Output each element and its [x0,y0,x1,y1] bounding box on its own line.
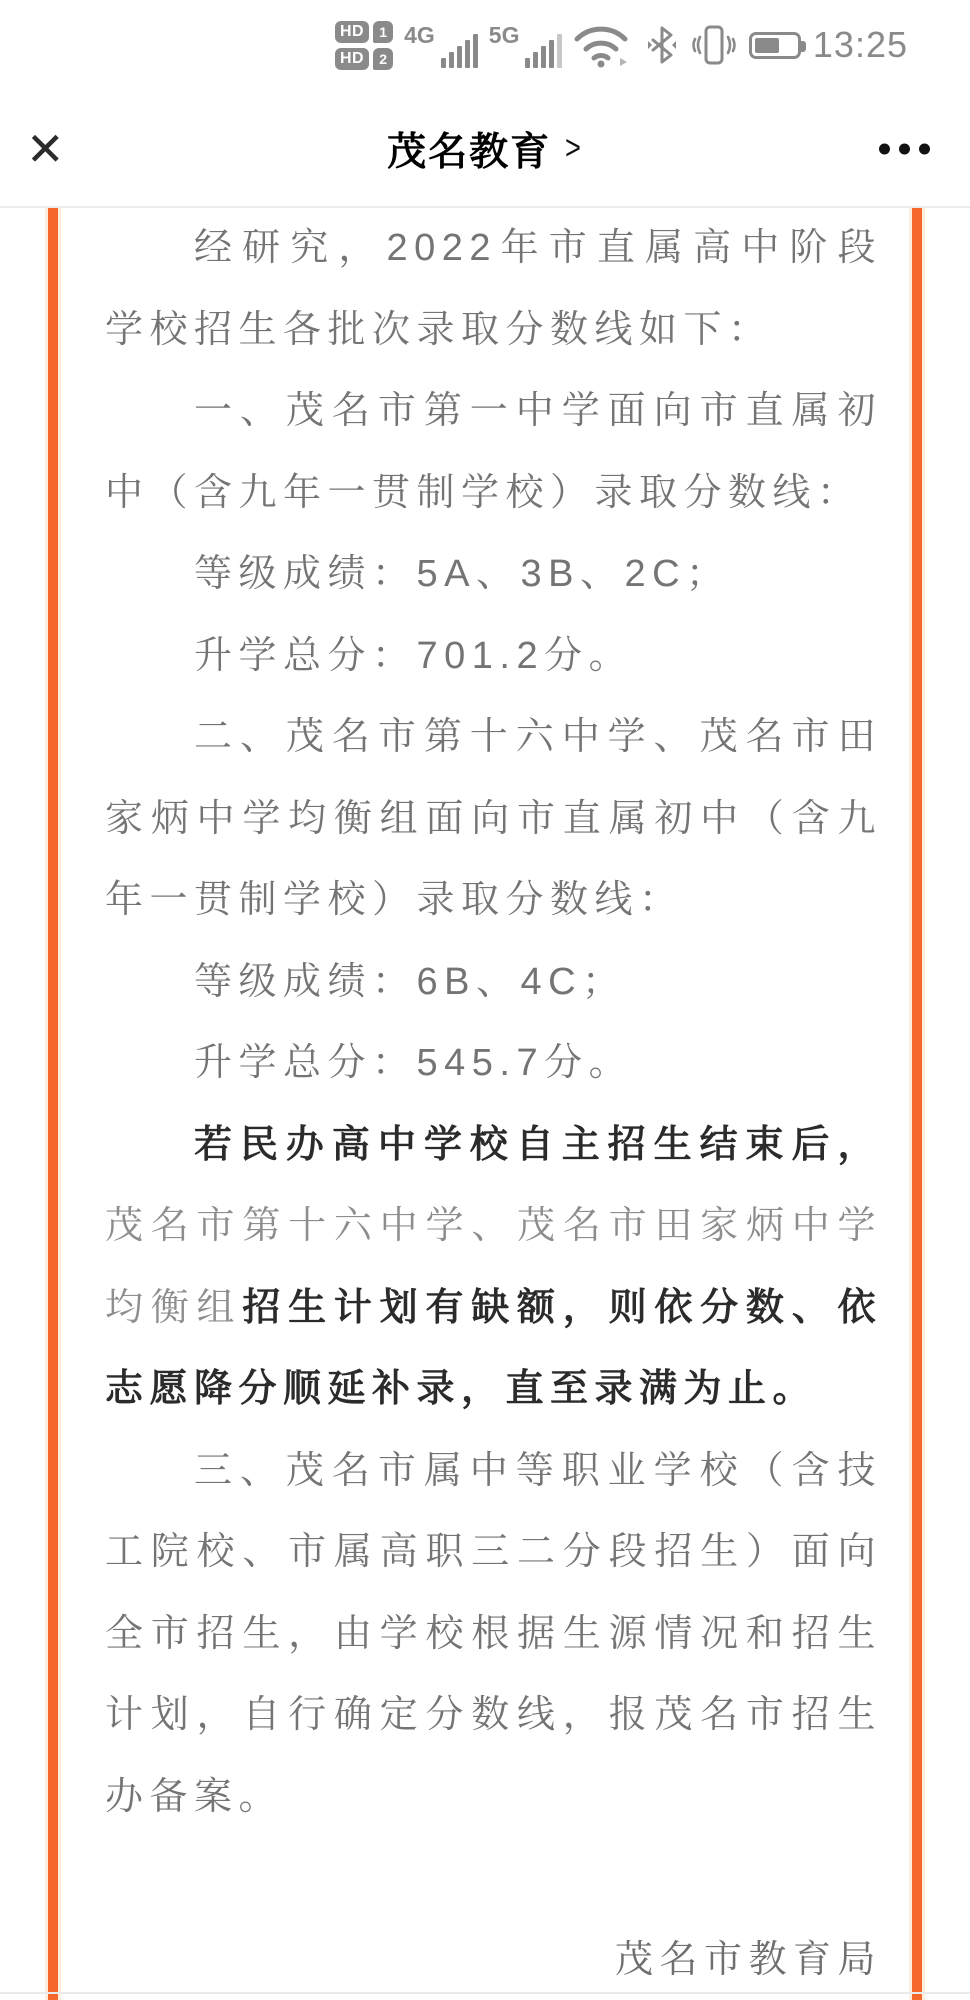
hd-icon: HD [335,21,369,43]
signature: 茂名市教育局 [105,1920,882,1992]
signal-bars-icon [441,34,478,68]
text-segment: 若民办高中学校自主招生结束后， [194,1124,882,1166]
sim2-number: 2 [373,48,393,70]
para-score-2: 升学总分：545.7分。 [105,1023,882,1105]
para-item-3: 三、茂名市属中等职业学校（含技工院校、市属高职三二分段招生）面向全市招生，由学校… [105,1431,882,1839]
para-item-1: 一、茂名市第一中学面向市直属初中（含九年一贯制学校）录取分数线： [105,371,882,534]
text-segment: 三、茂名市属中等职业学校（含技工院校、市属高职三二分段招生）面向全市招生，由学校… [105,1450,882,1818]
right-accent-bar [912,208,922,2000]
hd-sim1: HD 1 [335,21,393,43]
more-menu-button[interactable] [879,143,930,154]
clock: 13:25 [813,24,908,66]
para-grade-2: 等级成绩：6B、4C； [105,942,882,1024]
bottom-divider [0,1992,970,1994]
text-segment: 二、茂名市第十六中学、茂名市田家炳中学均衡组面向市直属初中（含九年一贯制学校）录… [105,716,882,921]
dot-icon [919,143,930,154]
text-segment: 等级成绩：6B、4C； [194,961,627,1003]
page-title-text: 茂名教育 [387,121,551,177]
para-intro: 经研究，2022年市直属高中阶段学校招生各批次录取分数线如下： [105,208,882,371]
para-grade-1: 等级成绩：5A、3B、2C； [105,534,882,616]
text-segment: 升学总分：701.2分。 [194,635,633,677]
battery-icon [749,32,801,59]
signal-bars-icon [525,34,562,68]
battery-cap [801,41,806,52]
hd-sim2: HD 2 [335,48,393,70]
text-segment: 升学总分：545.7分。 [194,1042,633,1084]
para-item-2: 二、茂名市第十六中学、茂名市田家炳中学均衡组面向市直属初中（含九年一贯制学校）录… [105,697,882,942]
text-segment: 经研究，2022年市直属高中阶段学校招生各批次录取分数线如下： [105,227,882,351]
para-supplement-note: 若民办高中学校自主招生结束后，茂名市第十六中学、茂名市田家炳中学均衡组招生计划有… [105,1105,882,1431]
para-score-1: 升学总分：701.2分。 [105,616,882,698]
network-label-4g: 4G [404,22,435,47]
dot-icon [899,143,910,154]
vibrate-icon [691,24,737,66]
article-body: 经研究，2022年市直属高中阶段学校招生各批次录取分数线如下：一、茂名市第一中学… [58,208,912,1992]
text-segment: 一、茂名市第一中学面向市直属初中（含九年一贯制学校）录取分数线： [105,390,882,514]
text-segment: 茂名市教育局 [615,1939,882,1981]
sim1-number: 1 [373,21,393,43]
hd-icon: HD [335,48,369,70]
battery-fill [755,38,779,53]
network-label-5g: 5G [489,22,520,47]
dot-icon [879,143,890,154]
text-segment: 等级成绩：5A、3B、2C； [194,553,731,595]
chevron-right-icon: > [565,129,581,168]
left-accent-bar [48,208,58,2000]
hd-indicators: HD 1 HD 2 [335,21,393,70]
status-bar: HD 1 HD 2 4G 5G [0,0,970,90]
page-title[interactable]: 茂名教育 > [387,121,583,177]
bluetooth-icon [645,25,679,65]
signal-5g: 5G [489,22,563,68]
signal-4g: 4G [404,22,478,68]
close-button[interactable]: ✕ [26,126,65,172]
nav-bar: ✕ 茂名教育 > [0,90,970,207]
status-right-cluster: 13:25 [645,0,908,90]
wifi-icon [573,22,629,68]
status-left-cluster: HD 1 HD 2 4G 5G [335,0,629,90]
